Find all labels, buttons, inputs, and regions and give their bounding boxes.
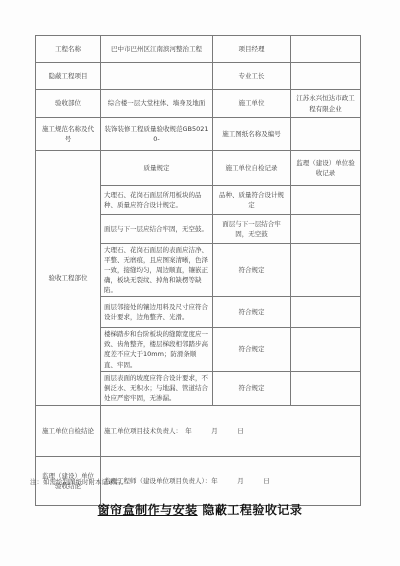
self-check-header: 施工单位自检记录	[213, 151, 291, 186]
acceptance-text	[291, 186, 361, 215]
construction-unit-label: 施工单位	[213, 90, 291, 118]
acceptance-record-table: 工程名称 巴中市巴州区江南滨河整治工程 项目经理 隐蔽工程项目 专业工长 验收部…	[35, 35, 361, 506]
hidden-work-item-label: 隐蔽工程项目	[36, 63, 101, 90]
project-manager-label: 项目经理	[213, 36, 291, 63]
foreman-value	[291, 63, 361, 90]
info-row-location: 验收部位 综合楼一层大堂柱体、墙身及地面 施工单位 江苏永兴恒达市政工程有限企业	[36, 90, 361, 118]
requirement-text: 面层邻接处的镶边用料及尺寸应符合设计要求，边角整齐、光滑。	[101, 297, 213, 328]
content-header-row: 验收工程部位 质量规定 施工单位自检记录 监理（建设）单位验收记录	[36, 151, 361, 186]
requirement-text: 面层与下一层应结合牢固，无空鼓。	[101, 215, 213, 244]
self-check-conclusion-label: 施工单位自检结论	[36, 405, 101, 456]
construction-unit-value: 江苏永兴恒达市政工程有限企业	[291, 90, 361, 118]
supervision-signature-line: 监理工程师（建设单位项目负责人）：年 月 日	[101, 456, 361, 505]
scanned-form-page: 工程名称 巴中市巴州区江南滨河整治工程 项目经理 隐蔽工程项目 专业工长 验收部…	[0, 0, 400, 566]
foreman-label: 专业工长	[213, 63, 291, 90]
acceptance-text	[291, 328, 361, 371]
self-check-text: 符合规定	[213, 297, 291, 328]
acceptance-record-header: 监理（建设）单位验收记录	[291, 151, 361, 186]
self-check-text: 符合规定	[213, 244, 291, 297]
self-check-text: 品种、质量符合设计规定	[213, 186, 291, 215]
footnote: 注：如需绘制图纸时附本记录后。	[30, 477, 128, 486]
project-name-label: 工程名称	[36, 36, 101, 63]
self-check-text: 符合规定	[213, 328, 291, 371]
acceptance-text	[291, 215, 361, 244]
acceptance-text	[291, 244, 361, 297]
footer-title-subject: 窗帘盒制作与安装	[98, 503, 198, 517]
acceptance-text	[291, 371, 361, 405]
quality-requirement-header: 质量规定	[101, 151, 213, 186]
requirement-text: 大理石、花岗石面层所用板块的品种、质量应符合设计规定。	[101, 186, 213, 215]
requirement-text: 大理石、花岗石面层的表面应洁净、平整、无磨痕，且应图案清晰，色泽一致，接缝均匀，…	[101, 244, 213, 297]
acceptance-location-value: 综合楼一层大堂柱体、墙身及地面	[101, 90, 213, 118]
project-name-value: 巴中市巴州区江南滨河整治工程	[101, 36, 213, 63]
self-check-text: 面层与下一层结合牢固，无空鼓	[213, 215, 291, 244]
info-row-standard: 施工规范名称及代号 装饰装修工程质量验收规范GB50210- 施工图纸名称及编号	[36, 118, 361, 151]
requirement-text: 面层表面的坡度应符合设计要求，不倒泛水、无积水；与地漏、管道结合处应严密牢固，无…	[101, 371, 213, 405]
info-row-project: 工程名称 巴中市巴州区江南滨河整治工程 项目经理	[36, 36, 361, 63]
project-manager-value	[291, 36, 361, 63]
acceptance-location-label: 验收部位	[36, 90, 101, 118]
self-check-signature-line: 施工单位项目技术负责人： 年 月 日	[101, 405, 361, 456]
self-check-text: 符合规定	[213, 371, 291, 405]
acceptance-text	[291, 297, 361, 328]
drawing-number-label: 施工图纸名称及编号	[213, 118, 291, 151]
hidden-work-item-value	[101, 63, 213, 90]
info-row-hidden-item: 隐蔽工程项目 专业工长	[36, 63, 361, 90]
standard-name-label: 施工规范名称及代号	[36, 118, 101, 151]
self-check-conclusion-row: 施工单位自检结论 施工单位项目技术负责人： 年 月 日	[36, 405, 361, 456]
footer-title: 窗帘盒制作与安装 隐蔽工程验收记录	[0, 501, 400, 518]
drawing-number-value	[291, 118, 361, 151]
footer-title-form-name: 隐蔽工程验收记录	[202, 503, 302, 517]
content-side-label: 验收工程部位	[36, 151, 101, 406]
standard-name-value: 装饰装修工程质量验收规范GB50210-	[101, 118, 213, 151]
requirement-text: 楼梯踏步和台阶板块的缝隙宽度应一致、齿角整齐，楼层梯段相邻踏步高度差不应大于10…	[101, 328, 213, 371]
